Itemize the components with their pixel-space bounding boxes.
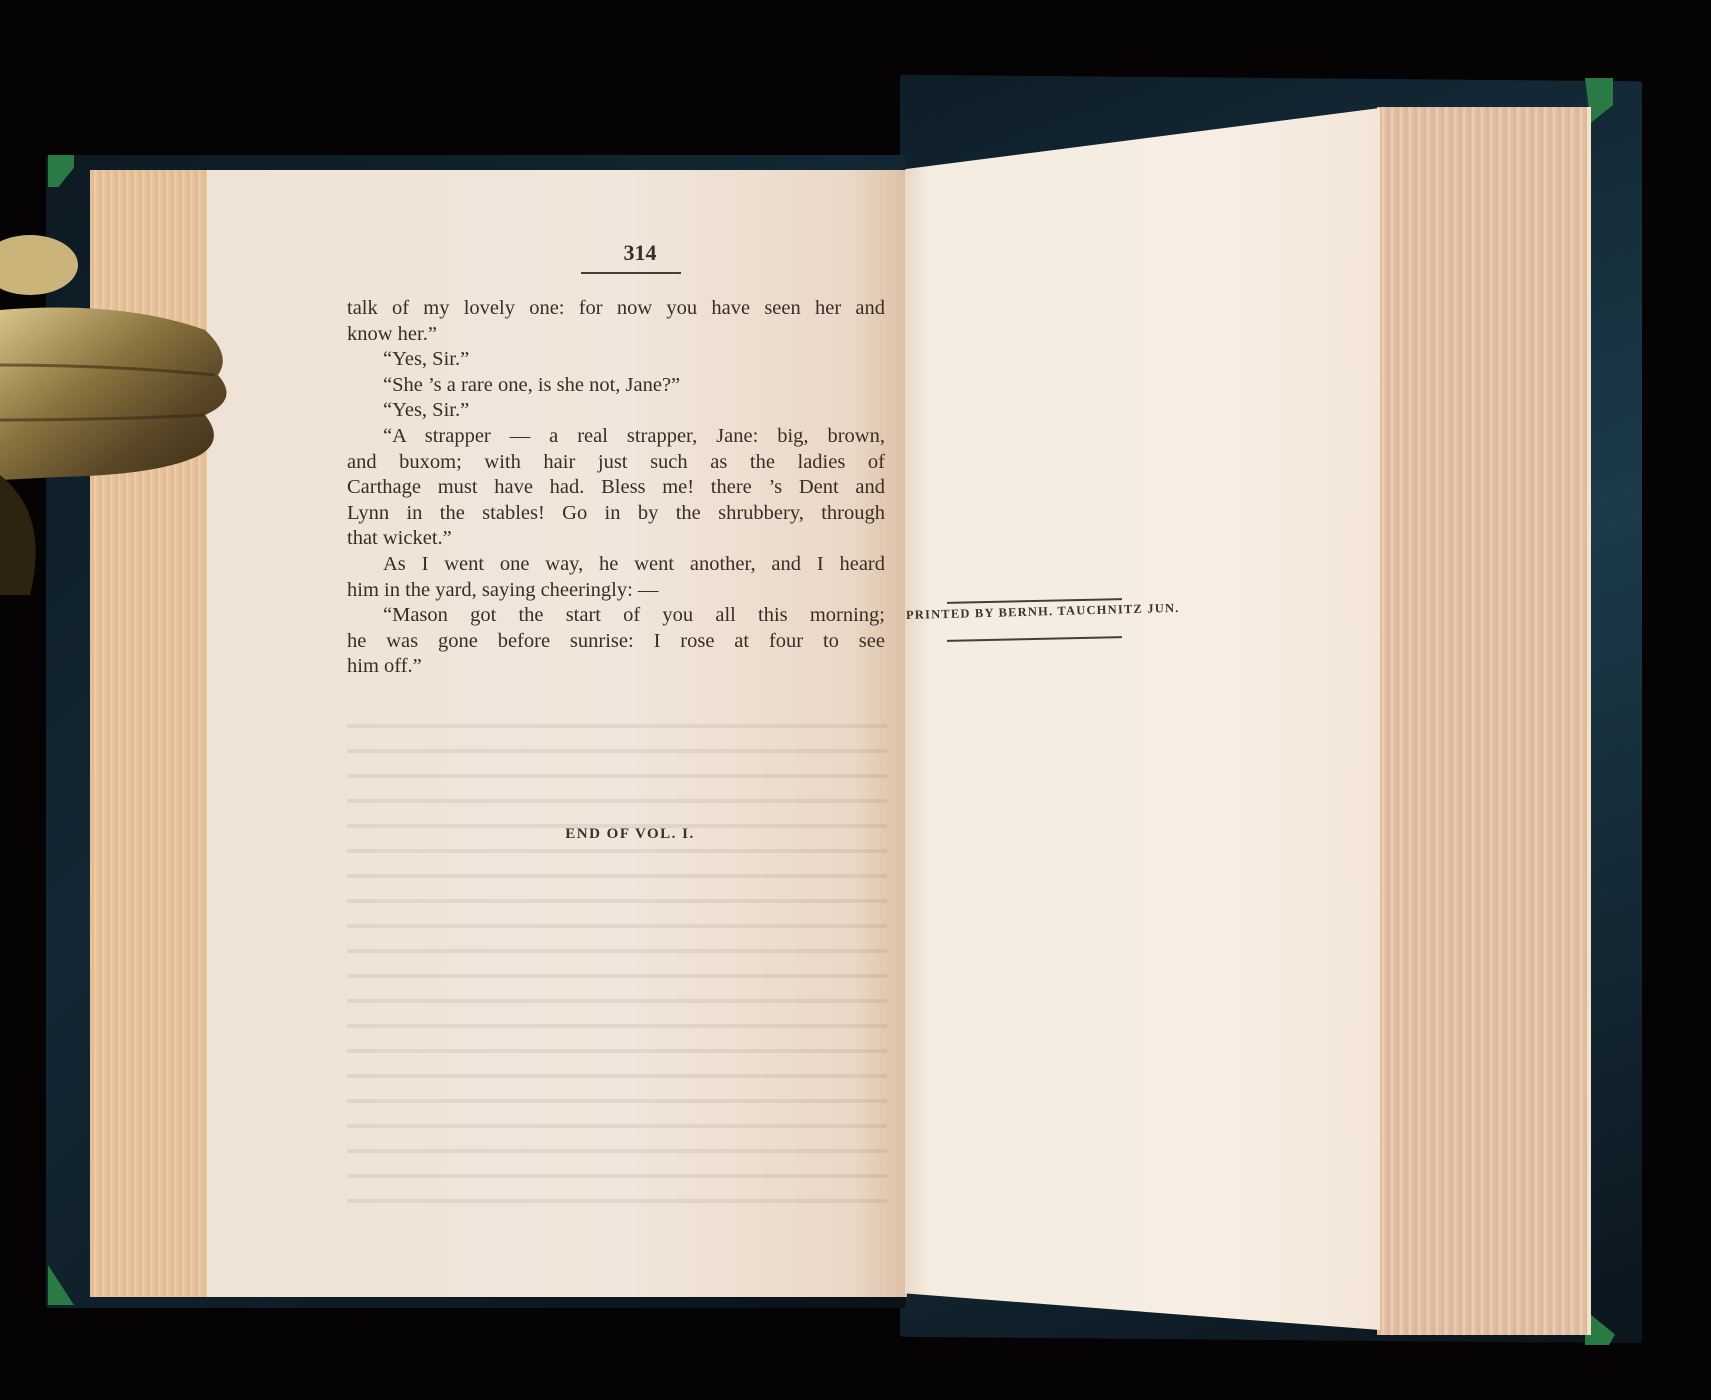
end-of-volume-note: END OF VOL. I. — [520, 826, 740, 843]
right-page — [905, 108, 1380, 1330]
text-line: talk of my lovely one: for now you have … — [347, 296, 885, 322]
text-line: him in the yard, saying cheeringly: — — [347, 578, 885, 604]
text-line: As I went one way, he went another, and … — [347, 552, 885, 578]
bleed-through-text — [347, 710, 887, 1210]
page-number-rule — [581, 272, 681, 274]
brass-clip — [0, 215, 240, 595]
text-line: that wicket.” — [347, 526, 885, 552]
text-line: Lynn in the stables! Go in by the shrubb… — [347, 501, 885, 527]
text-line: he was gone before sunrise: I rose at fo… — [347, 629, 885, 655]
text-line: “Mason got the start of you all this mor… — [347, 603, 885, 629]
text-line: him off.” — [347, 654, 885, 680]
text-line: know her.” — [347, 322, 885, 348]
page-body-text: talk of my lovely one: for now you have … — [347, 296, 885, 680]
text-line: “She ’s a rare one, is she not, Jane?” — [347, 373, 885, 399]
text-line: “A strapper — a real strapper, Jane: big… — [347, 424, 885, 450]
text-line: and buxom; with hair just such as the la… — [347, 450, 885, 476]
text-line: “Yes, Sir.” — [347, 347, 885, 373]
text-line: “Yes, Sir.” — [347, 398, 885, 424]
page-number: 314 — [560, 240, 720, 266]
page-edges-right — [1377, 107, 1591, 1335]
text-line: Carthage must have had. Bless me! there … — [347, 475, 885, 501]
